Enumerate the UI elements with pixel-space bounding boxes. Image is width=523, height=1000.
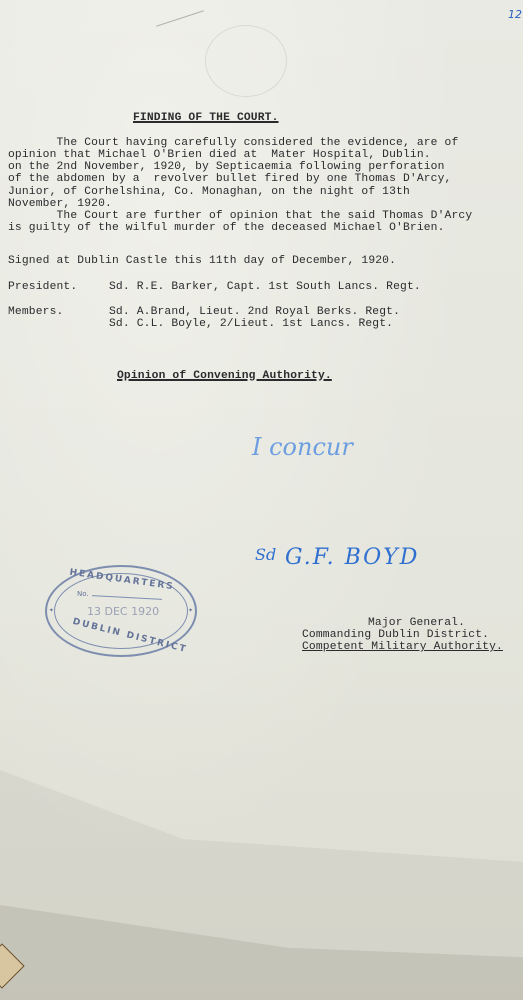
- finding-line: The Court having carefully considered th…: [8, 137, 458, 149]
- signed-line: Signed at Dublin Castle this 11th day of…: [8, 255, 396, 267]
- signature-prefix: Sd: [255, 545, 276, 564]
- convening-authority-heading: Opinion of Convening Authority.: [117, 370, 332, 382]
- folio-number: 12: [508, 8, 522, 21]
- finding-line: on the 2nd November, 1920, by Septicaemi…: [8, 161, 445, 173]
- members-label: Members.: [8, 306, 63, 318]
- opinion-line: is guilty of the wilful murder of the de…: [8, 222, 445, 234]
- signatory-authority: Competent Military Authority.: [302, 641, 503, 653]
- handwritten-concur: I concur: [252, 433, 353, 461]
- member-name: Sd. A.Brand, Lieut. 2nd Royal Berks. Reg…: [109, 306, 400, 318]
- stamp-date: 13 DEC 1920: [87, 605, 159, 618]
- embossed-seal: [205, 25, 287, 97]
- member-name: Sd. C.L. Boyle, 2/Lieut. 1st Lancs. Regt…: [109, 318, 393, 330]
- finding-line: November, 1920.: [8, 198, 112, 210]
- headquarters-stamp: HEADQUARTERS No. 13 DEC 1920 DUBLIN DIST…: [45, 565, 197, 657]
- president-label: President.: [8, 281, 77, 293]
- handwritten-signature: G.F. BOYD: [285, 545, 419, 570]
- finding-line: of the abdomen by a revolver bullet fire…: [8, 173, 451, 185]
- finding-line: opinion that Michael O'Brien died at Mat…: [8, 149, 431, 161]
- document-title: FINDING OF THE COURT.: [133, 112, 279, 124]
- signatory-command: Commanding Dublin District.: [302, 629, 489, 641]
- opinion-line: The Court are further of opinion that th…: [8, 210, 472, 222]
- president-name: Sd. R.E. Barker, Capt. 1st South Lancs. …: [109, 281, 421, 293]
- star-icon: ✦: [188, 605, 193, 615]
- star-icon: ✦: [49, 605, 54, 615]
- signatory-rank: Major General.: [368, 617, 465, 629]
- finding-line: Junior, of Corhelshina, Co. Monaghan, on…: [8, 186, 410, 198]
- stamp-number-label: No.: [77, 590, 89, 598]
